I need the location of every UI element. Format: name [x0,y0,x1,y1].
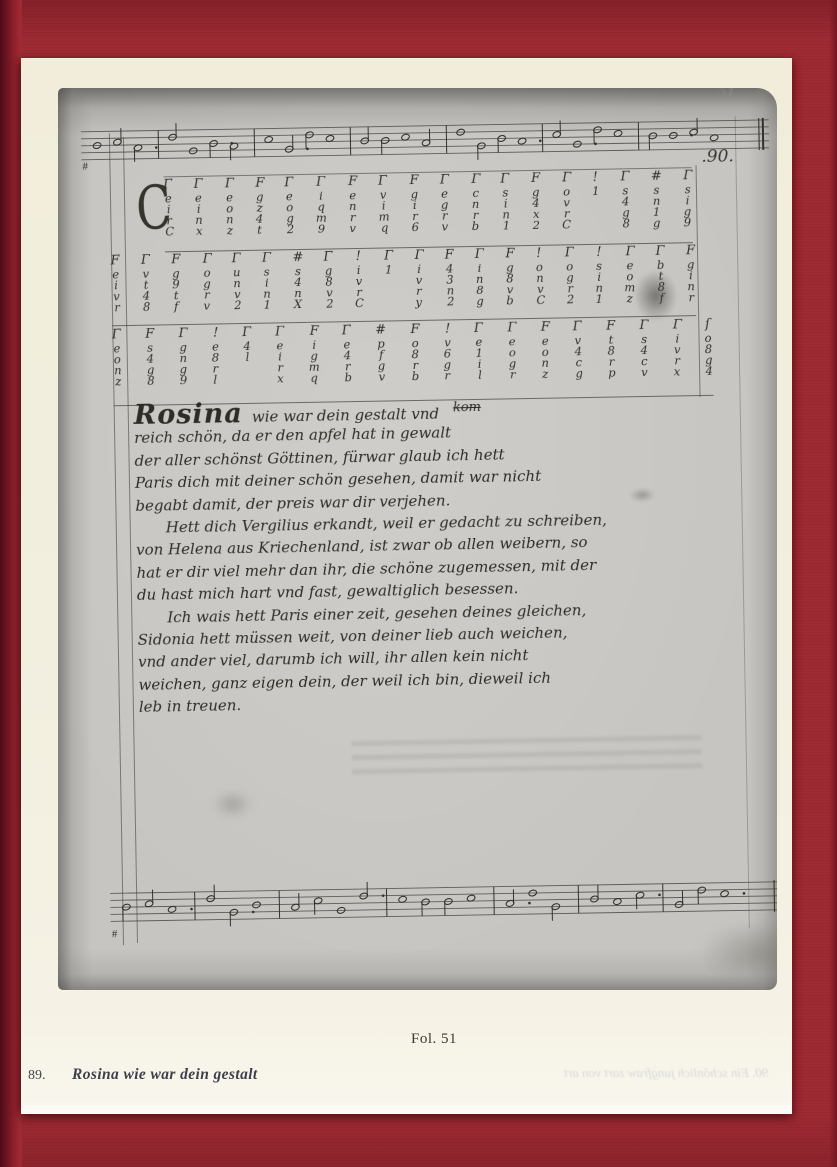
rhythm-flag: Γ [262,253,271,265]
tablature-letters: einx [195,193,204,237]
tablature-letters: gz4t [256,192,264,236]
tablature-column: Γin8g [475,249,485,307]
tablature-letters: sin1 [595,261,603,305]
tablature-column: Γeinx [194,179,205,237]
rhythm-flag: Γ [231,253,240,265]
tablature-letters: g8v2 [325,265,334,309]
tablature-column: F43n2 [444,249,455,307]
rhythm-flag: Γ [163,179,173,191]
tablature-letters: ovrC [562,186,571,230]
tablature-column: Γivrx [672,319,682,377]
tablature-letters: g8vb [506,262,513,306]
rhythm-flag: Γ [625,246,634,258]
tablature-system-3: ΓeonzFs4g8Γgng9!e8rlΓ4lΓeirxFigmqΓe4rb#p… [112,317,713,406]
tablature-letters: sin1 [263,267,271,311]
rhythm-flag: Γ [672,319,681,331]
tablature-column: Fg8vb [505,248,514,306]
tablature-column: Γe4rb [342,325,354,383]
rhythm-flag: F [444,249,453,261]
tablature-column: Γs4cv [639,320,649,378]
tablature-column: Γ1 [384,250,393,275]
tablature-letters: s4g8 [621,185,630,229]
tablature-column: Γeirx [275,326,285,384]
rhythm-flag: F [410,175,419,187]
rhythm-flag: Γ [655,246,664,258]
tablature-column: Γogrv [202,254,212,312]
tablature-letters: vt48 [142,269,150,313]
tablature-column: ΓovrC [562,172,571,230]
rhythm-flag: Γ [275,326,284,338]
tablature-letters: in8g [476,263,484,307]
tablature-letters: pfgv [377,339,386,383]
rhythm-flag: Γ [194,179,203,191]
manuscript-content: 51 # .90. C ΓeirCΓeinxΓeonzFgz4tΓeog2Γiq… [58,88,777,990]
tablature-column: #pfgv [375,324,387,382]
tablature-letters: sn1g [653,185,661,229]
music-staff-bottom: # [110,870,777,944]
tablature-column: Fgir6 [410,175,421,233]
tablature-letters: unv2 [232,267,241,311]
tablature-column: Γbt8f [655,246,666,304]
rhythm-flag: F [531,173,540,185]
tablature-letters: onvC [535,262,546,306]
rhythm-flag: ſ [705,319,710,331]
small-stain [212,791,252,818]
tablature-letters: eirC [164,193,175,237]
rhythm-flag: ! [213,327,218,339]
tablature-letters: gng9 [179,342,187,386]
figure-caption: Fol. 51 [364,1031,504,1048]
tablature-letters: e4rb [343,339,352,383]
tablature-column: Fginr [686,245,696,303]
tablature-column: Γeonz [112,329,124,387]
rhythm-flag: Γ [316,177,325,189]
tablature-letters: 1 [592,186,600,197]
tablature-letters: enrv [349,190,356,234]
crossed-out-word: kom [453,400,481,415]
tablature-letters: cnrb [471,188,479,232]
tablature-column: !1 [591,172,599,197]
tablature-column: Γsig9 [683,170,693,228]
tablature-column: ΓeirC [163,179,175,237]
tablature-column: Γeonz [225,178,235,236]
tablature-letters: igmq [308,340,319,384]
tablature-letters: bt8f [657,260,666,304]
tablature-letters: v4cg [574,335,583,379]
manuscript-piece-number: .90. [701,146,734,167]
tablature-column: Γeomz [624,246,635,304]
tablature-letters: ivry [416,264,423,308]
rhythm-flag: Γ [178,328,187,340]
tablature-letters: egrv [441,188,449,232]
book-spine-shadow [0,0,22,1167]
tablature-column: Γe1il [474,323,485,381]
tablature-system-1: ΓeirCΓeinxΓeonzFgz4tΓeog2Γiqm9FenrvΓvimq… [164,167,693,252]
tablature-column: Γunv2 [231,253,242,311]
tablature-column: Fg9tf [172,254,182,312]
tablature-column: Γsin1 [500,173,511,231]
tablature-column: !ivrC [354,251,364,309]
rhythm-flag: Γ [683,170,692,182]
tablature-letters: ivrx [673,333,680,377]
rhythm-flag: Γ [471,174,480,186]
tablature-letters: eonz [113,343,122,387]
rhythm-flag: F [505,248,514,260]
tablature-letters: t8rp [607,335,616,379]
rhythm-flag: Γ [141,255,150,267]
manuscript-folio-number: 51 [717,88,735,102]
tablature-letters: s4g8 [146,343,155,387]
rhythm-flag: F [172,254,181,266]
tablature-column: Fs4g8 [145,329,156,387]
rhythm-flag: # [293,252,304,264]
tablature-letters: s4cv [640,334,648,378]
rhythm-flag: F [686,245,695,257]
tablature-column: Γogr2 [565,247,576,305]
tablature-column: #s4nX [293,252,304,310]
tablature-column: Fg4x2 [531,173,541,231]
tablature-letters: eogr [508,336,516,380]
svg-text:#: # [112,928,118,940]
tablature-letters: eog2 [286,191,295,235]
tablature-column: Feonz [541,322,550,380]
tablature-letters: eivr [112,269,121,313]
tablature-column: Γ4l [242,327,252,363]
tablature-letters: o8rb [412,338,420,382]
rhythm-flag: Γ [639,320,648,332]
manuscript-text-block: Rosinawie war dein gestalt vndkomreich s… [134,395,719,719]
tablature-column: Fo8rb [411,324,421,382]
svg-text:#: # [82,161,88,173]
tablature-column: #sn1g [651,171,662,229]
tablature-column: Γvt48 [141,255,152,313]
tablature-column: ſo8g4 [704,319,713,377]
tablature-column: Figmq [308,326,319,384]
rhythm-flag: F [541,322,550,334]
manuscript-photo: 51 # .90. C ΓeirCΓeinxΓeonzFgz4tΓeog2Γiq… [58,88,777,990]
tablature-column: Γvimq [377,175,390,233]
rhythm-flag: Γ [440,174,449,186]
tablature-column: Γeog2 [284,177,295,235]
rhythm-flag: Γ [562,172,571,184]
rhythm-flag: F [606,320,615,332]
reverse-side-showthrough [351,728,702,774]
rhythm-flag: Γ [225,178,234,190]
tablature-column: Γgng9 [178,328,188,386]
tablature-column: !onvC [534,248,545,306]
rhythm-flag: Γ [202,254,211,266]
tablature-letters: ogrv [203,268,211,312]
tablature-column: Γiqm9 [315,177,327,235]
tablature-column: Fgz4t [255,178,265,236]
tablature-column: Feivr [110,255,122,313]
rhythm-flag: Γ [500,173,509,185]
tablature-column: Γsin1 [262,253,272,311]
rhythm-flag: F [309,326,318,338]
tablature-letters: gir6 [411,189,420,233]
tablature-letters: vimq [377,189,390,233]
rhythm-flag: Γ [620,171,629,183]
tablature-letters: 1 [385,264,392,275]
right-margin-rule [735,116,750,928]
rhythm-flag: Γ [474,323,483,335]
rhythm-flag: Γ [572,321,582,333]
rhythm-flag: F [411,324,420,336]
tablature-column: Γcnrb [471,174,481,232]
tablature-column: Γs4g8 [620,171,631,229]
tablature-letters: eomz [624,260,635,304]
cover-right-edge [829,0,837,1167]
book-cover: 51 # .90. C ΓeirCΓeinxΓeonzFgz4tΓeog2Γiq… [0,0,837,1167]
tablature-letters: ivrC [354,265,364,309]
tablature-letters: sig9 [684,184,692,228]
rhythm-flag: Γ [284,177,293,189]
rhythm-flag: Γ [342,325,352,337]
rhythm-flag: Γ [565,247,574,259]
tablature-column: Fenrv [348,176,357,234]
index-title: Rosina wie war dein gestalt [72,1066,258,1084]
tablature-column: Γegrv [440,174,450,232]
rhythm-flag: Γ [112,329,122,341]
tablature-column: Ft8rp [606,320,617,378]
index-number: 89. [28,1068,46,1084]
tablature-column: Γivry [415,250,425,308]
rhythm-flag: ! [596,247,601,259]
tablature-letters: o8g4 [705,333,714,377]
tablature-letters: e1il [475,337,484,381]
tablature-letters: iqm9 [315,191,327,235]
tablature-letters: eonz [541,336,548,380]
rhythm-flag: ! [536,248,542,260]
tablature-column: Γv4cg [572,321,584,379]
tablature-letters: eonz [225,192,233,236]
rhythm-flag: ! [445,323,450,335]
rhythm-flag: Γ [323,251,333,263]
tablature-letters: sin1 [501,187,510,231]
rhythm-flag: Γ [378,175,388,187]
rhythm-flag: F [110,255,120,267]
rhythm-flag: ! [356,251,362,263]
music-staff-top: # [81,108,770,176]
tablature-letters: s4nX [294,266,302,310]
tablature-letters: e8rl [211,341,219,385]
rhythm-flag: F [348,176,357,188]
rhythm-flag: Γ [475,249,484,261]
tablature-column: Γeogr [507,322,517,380]
rhythm-flag: Γ [415,250,424,262]
caption-showthrough: 90. Ein schönlich jungfraw zart von art [511,1065,821,1081]
rhythm-flag: # [375,324,386,336]
tablature-column: !sin1 [595,247,603,305]
tablature-column: Γg8v2 [323,251,335,309]
rhythm-flag: Γ [507,322,516,334]
tablature-letters: g4x2 [532,187,540,231]
rhythm-flag: Γ [384,250,393,262]
rhythm-flag: # [651,171,662,183]
tablature-letters: ginr [687,259,695,303]
tablature-column: !v6gr [443,323,451,381]
tablature-letters: 43n2 [445,263,454,307]
tablature-letters: eirx [276,340,284,384]
tablature-letters: v6gr [443,337,451,381]
rhythm-flag: F [255,178,264,190]
tablature-letters: ogr2 [566,261,575,305]
tablature-letters: g9tf [173,268,181,312]
tablature-column: !e8rl [211,327,219,385]
rhythm-flag: Γ [242,327,251,339]
tablature-system-2: FeivrΓvt48Fg9tfΓogrvΓunv2Γsin1#s4nXΓg8v2… [111,243,696,326]
rhythm-flag: ! [592,172,598,184]
tablature-letters: 4l [243,341,251,363]
rhythm-flag: F [145,329,154,341]
book-page: 51 # .90. C ΓeirCΓeinxΓeonzFgz4tΓeog2Γiq… [21,58,792,1114]
